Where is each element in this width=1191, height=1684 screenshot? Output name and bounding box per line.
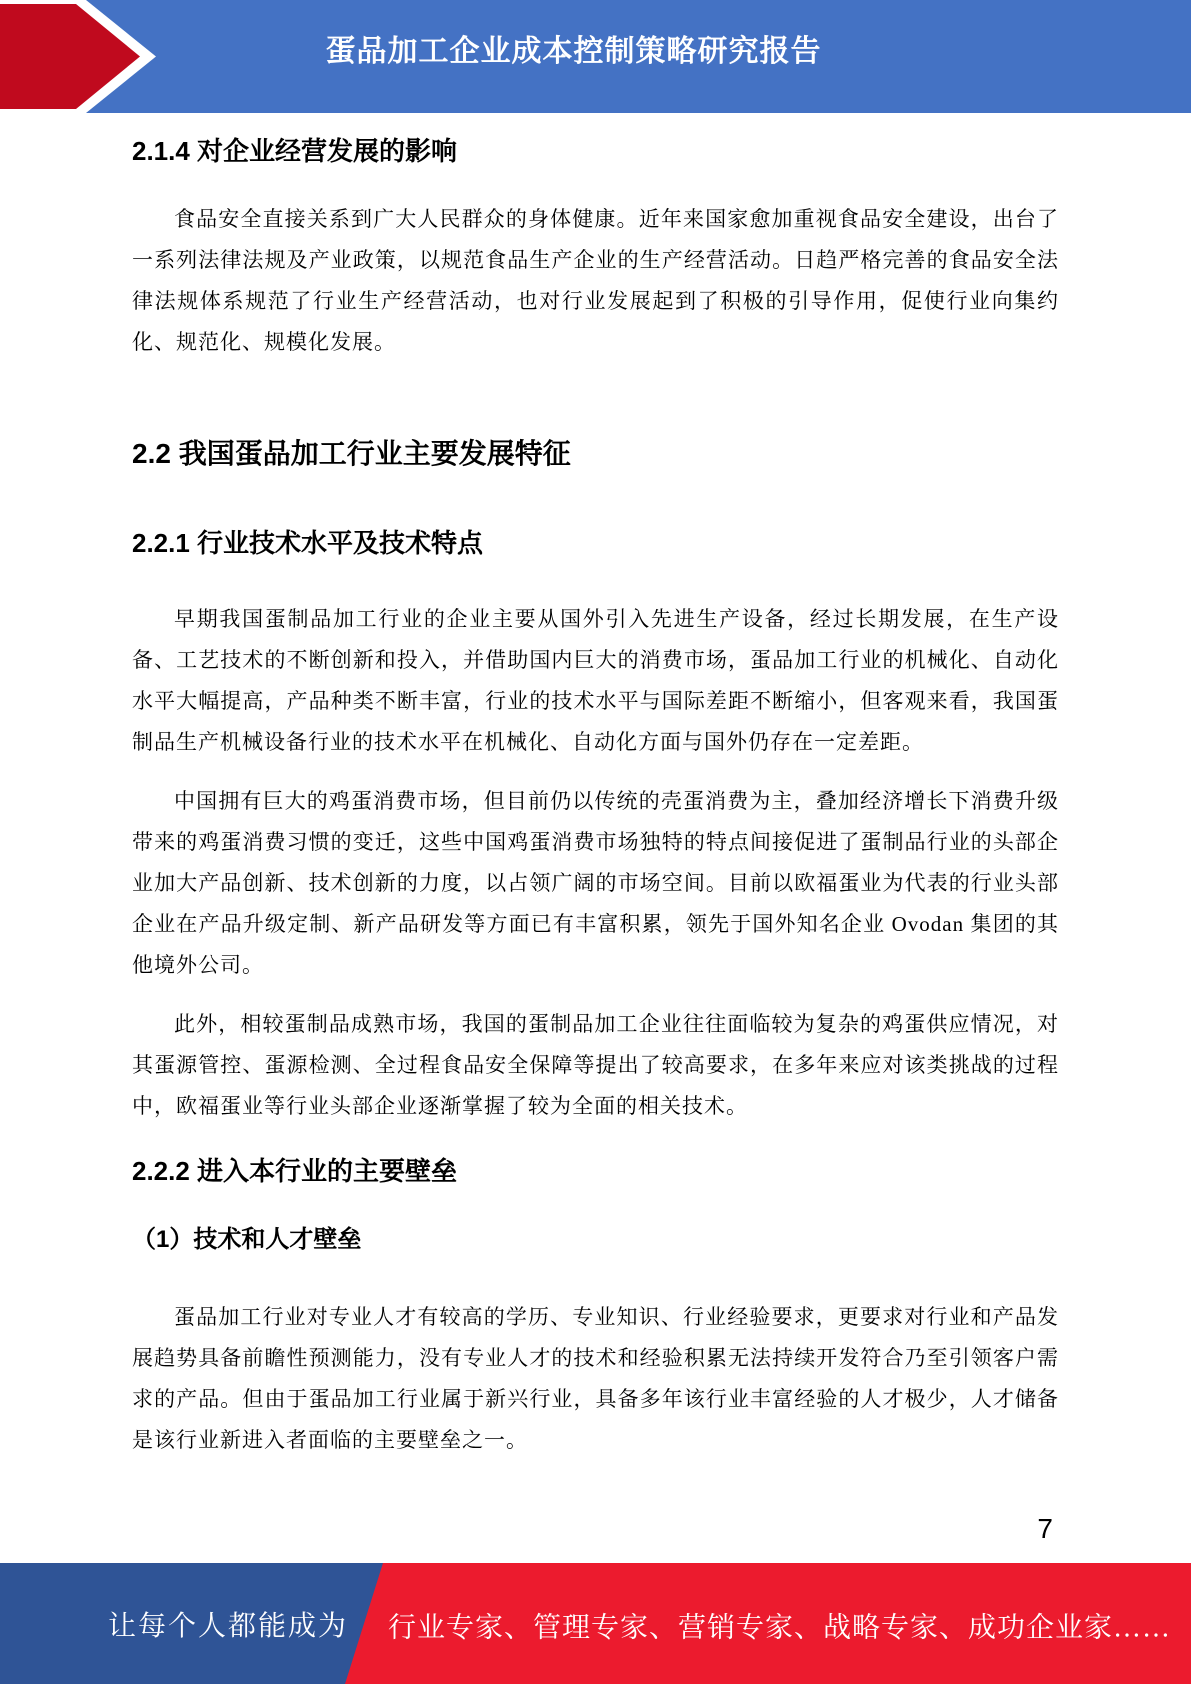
paragraph-egg-supply: 此外，相较蛋制品成熟市场，我国的蛋制品加工企业往往面临较为复杂的鸡蛋供应情况，对… bbox=[132, 1004, 1059, 1127]
report-title: 蛋品加工企业成本控制策略研究报告 bbox=[326, 26, 822, 70]
footer-banner: 让每个人都能成为 行业专家、管理专家、营销专家、战略专家、成功企业家…… bbox=[0, 1563, 1191, 1684]
paragraph-tech-level: 早期我国蛋制品加工行业的企业主要从国外引入先进生产设备，经过长期发展，在生产设备… bbox=[132, 599, 1059, 763]
heading-barrier-1: （1）技术和人才壁垒 bbox=[132, 1223, 1059, 1257]
paragraph-egg-market: 中国拥有巨大的鸡蛋消费市场，但目前仍以传统的壳蛋消费为主，叠加经济增长下消费升级… bbox=[132, 781, 1059, 986]
footer-slogan-left: 让每个人都能成为 bbox=[108, 1604, 348, 1644]
paragraph-talent-barrier: 蛋品加工行业对专业人才有较高的学历、专业知识、行业经验要求，更要求对行业和产品发… bbox=[132, 1297, 1059, 1461]
heading-2-2-1: 2.2.1 行业技术水平及技术特点 bbox=[132, 525, 1059, 561]
heading-2-2: 2.2 我国蛋品加工行业主要发展特征 bbox=[132, 435, 1059, 473]
report-page: 蛋品加工企业成本控制策略研究报告 2.1.4 对企业经营发展的影响 食品安全直接… bbox=[0, 0, 1191, 1684]
red-arrow-icon bbox=[0, 0, 200, 113]
document-body: 2.1.4 对企业经营发展的影响 食品安全直接关系到广大人民群众的身体健康。近年… bbox=[0, 133, 1191, 1461]
paragraph-food-safety: 食品安全直接关系到广大人民群众的身体健康。近年来国家愈加重视食品安全建设，出台了… bbox=[132, 199, 1059, 363]
footer-slogan-right: 行业专家、管理专家、营销专家、战略专家、成功企业家…… bbox=[388, 1605, 1171, 1645]
header-banner: 蛋品加工企业成本控制策略研究报告 bbox=[0, 0, 1191, 113]
heading-2-2-2: 2.2.2 进入本行业的主要壁垒 bbox=[132, 1153, 1059, 1189]
page-number: 7 bbox=[1037, 1512, 1053, 1546]
heading-2-1-4: 2.1.4 对企业经营发展的影响 bbox=[132, 133, 1059, 169]
